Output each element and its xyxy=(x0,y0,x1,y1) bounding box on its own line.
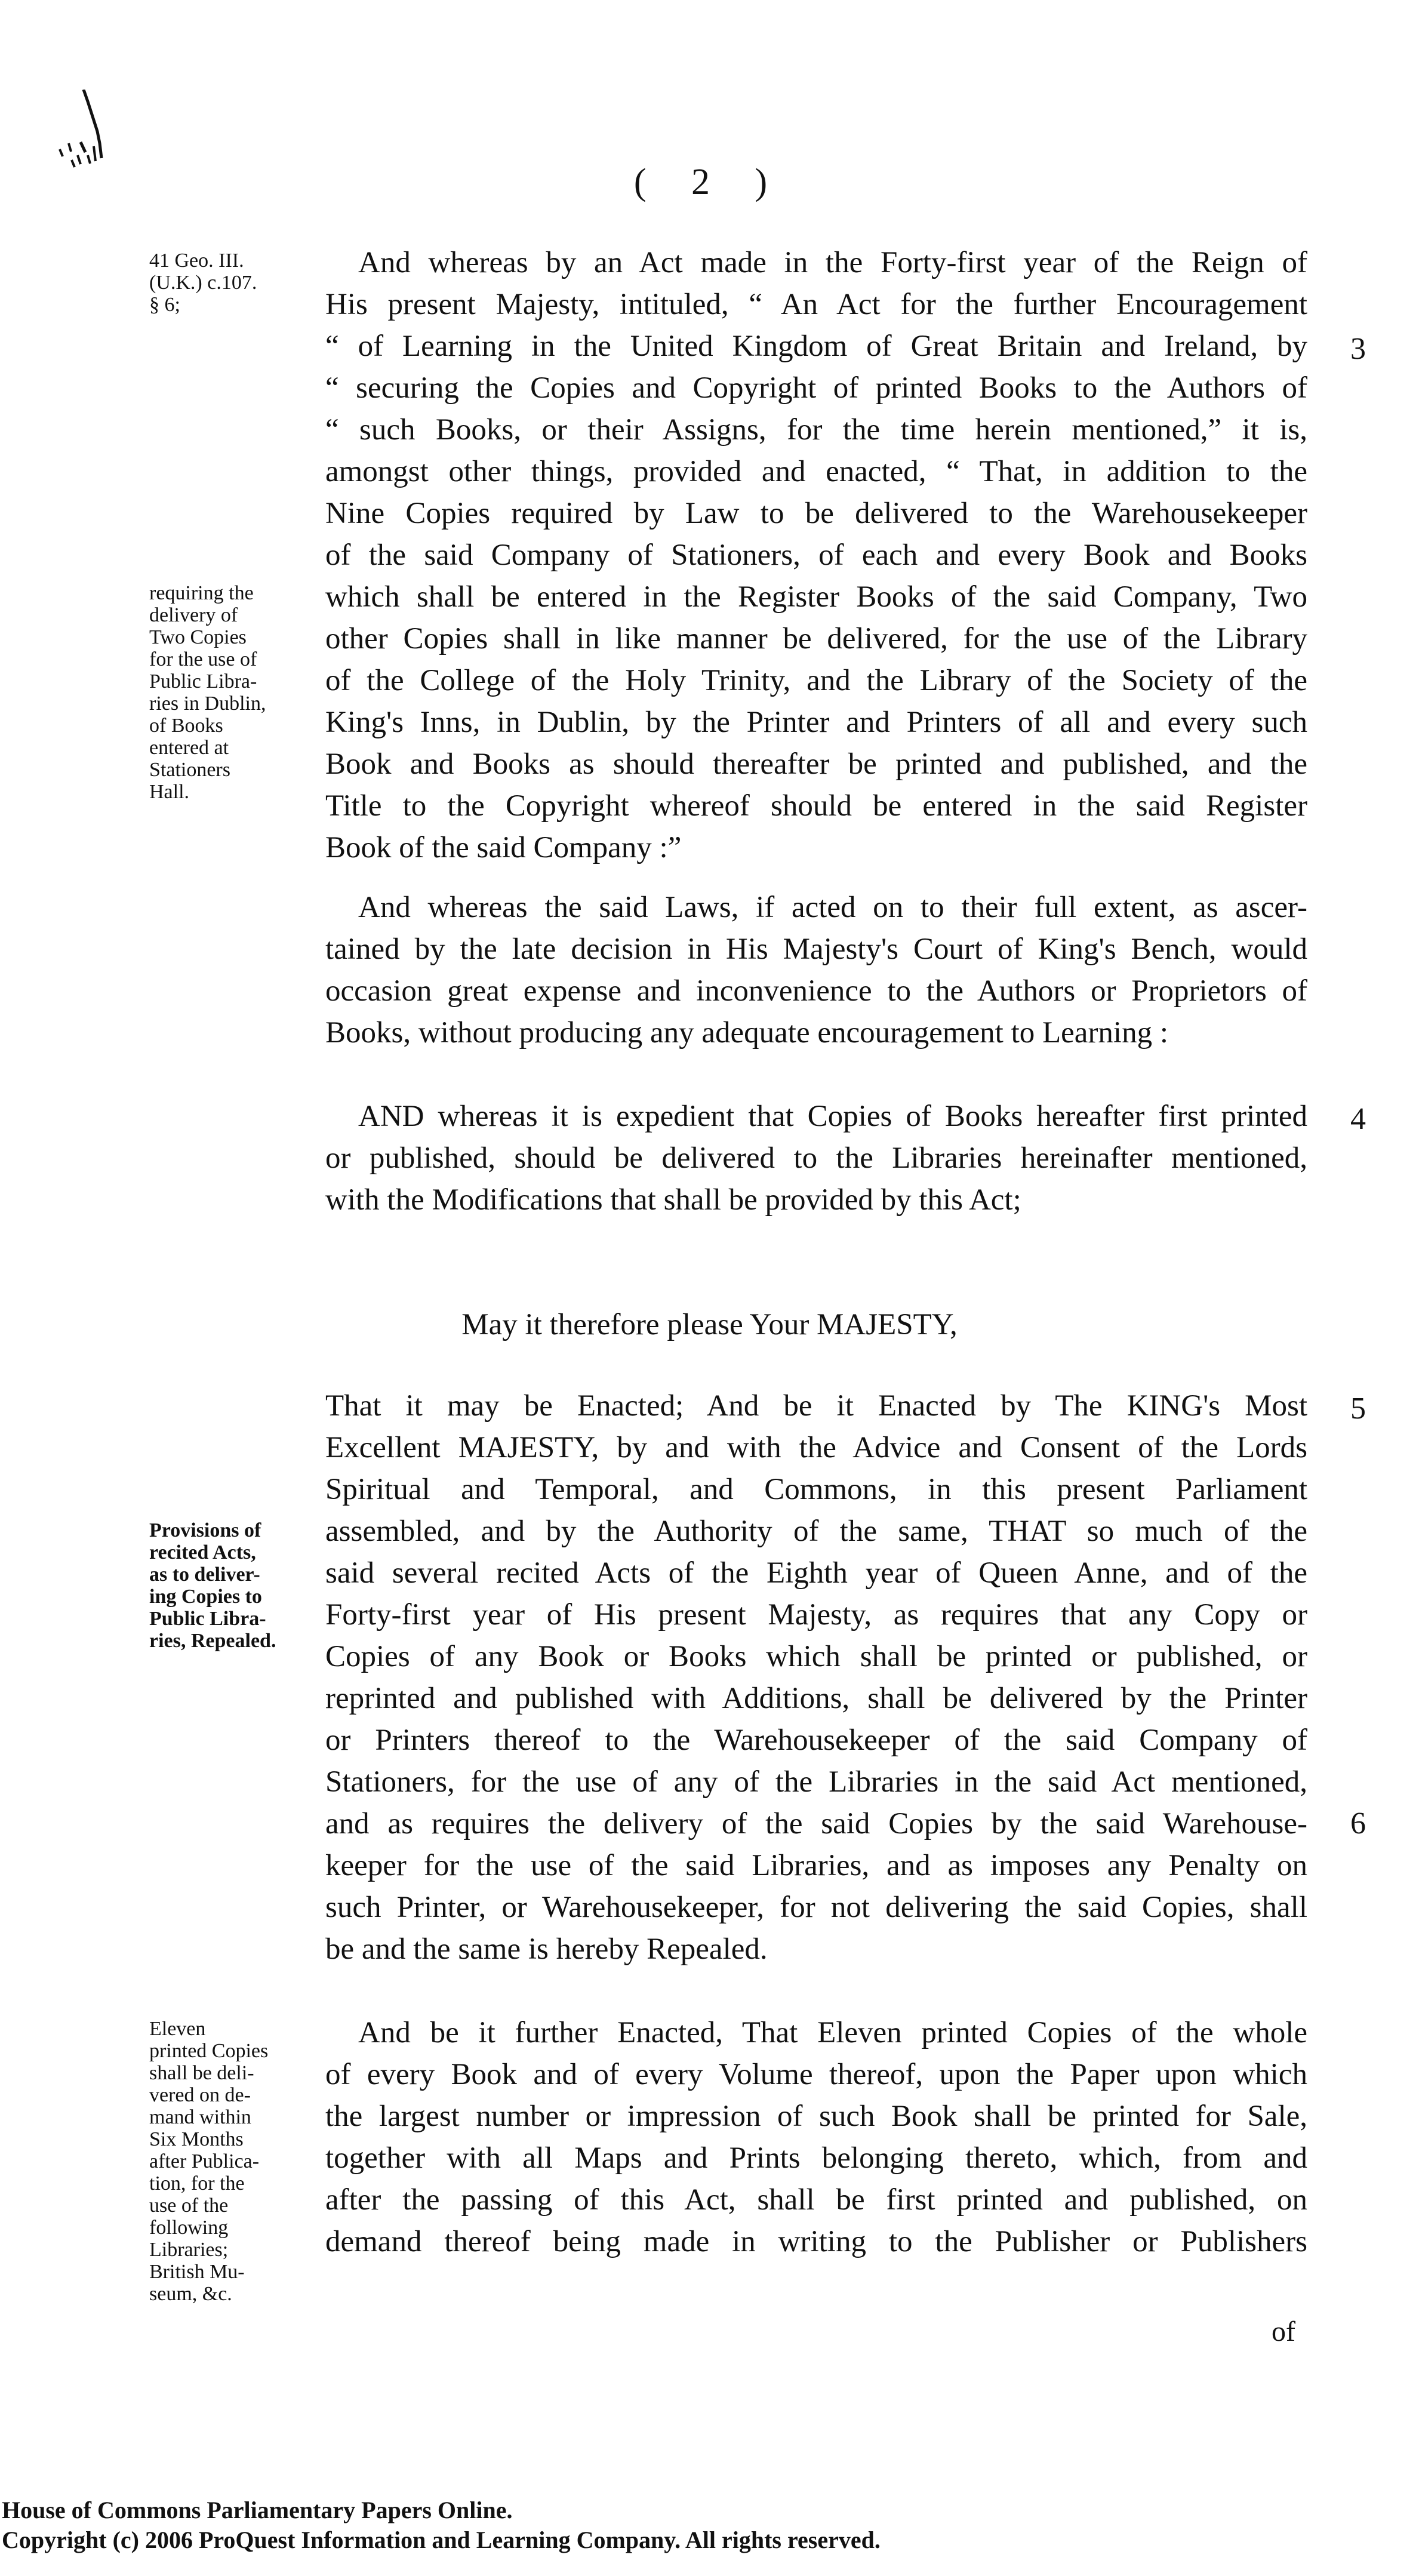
margin-note-line: Hall. xyxy=(149,781,313,803)
text-line: Excellent MAJESTY, by and with the Advic… xyxy=(325,1427,1307,1469)
text-line: be and the same is hereby Repealed. xyxy=(325,1928,1307,1970)
margin-note-line: ing Copies to xyxy=(149,1586,313,1608)
text-line: other Copies shall in like manner be del… xyxy=(325,618,1307,660)
margin-note-line: British Mu- xyxy=(149,2261,313,2283)
text-line: King's Inns, in Dublin, by the Printer a… xyxy=(325,701,1307,743)
text-line: Book of the said Company :” xyxy=(325,827,1307,869)
line-number: 6 xyxy=(1350,1806,1366,1841)
margin-note-line: 41 Geo. III. xyxy=(149,250,313,272)
text-line: assembled, and by the Authority of the s… xyxy=(325,1510,1307,1552)
margin-note-line: use of the xyxy=(149,2195,313,2217)
text-line: And be it further Enacted, That Eleven p… xyxy=(325,2012,1307,2054)
margin-note-line: § 6; xyxy=(149,294,313,316)
text-line: keeper for the use of the said Libraries… xyxy=(325,1845,1307,1886)
footer-source: House of Commons Parliamentary Papers On… xyxy=(2,2495,881,2525)
text-line: “ of Learning in the United Kingdom of G… xyxy=(325,325,1307,367)
margin-note-line: (U.K.) c.107. xyxy=(149,272,313,294)
margin-note-line: vered on de- xyxy=(149,2084,313,2106)
margin-note-line: requiring the xyxy=(149,582,313,604)
copyright-footer: House of Commons Parliamentary Papers On… xyxy=(2,2495,881,2555)
line-number: 4 xyxy=(1350,1101,1366,1137)
text-line: demand thereof being made in writing to … xyxy=(325,2221,1307,2263)
text-line: said several recited Acts of the Eighth … xyxy=(325,1552,1307,1594)
text-line: of every Book and of every Volume thereo… xyxy=(325,2054,1307,2095)
text-line: Book and Books as should thereafter be p… xyxy=(325,743,1307,785)
address-to-majesty: May it therefore please Your MAJESTY, xyxy=(0,1307,1419,1342)
text-line: That it may be Enacted; And be it Enacte… xyxy=(325,1385,1307,1427)
margin-note-line: recited Acts, xyxy=(149,1541,313,1564)
text-line: And whereas by an Act made in the Forty-… xyxy=(325,242,1307,284)
catchword: of xyxy=(1272,2315,1295,2348)
text-line: amongst other things, provided and enact… xyxy=(325,451,1307,493)
margin-note-line: Public Libra- xyxy=(149,1608,313,1630)
text-line: of the College of the Holy Trinity, and … xyxy=(325,660,1307,701)
margin-note-eleven-copies: Eleven printed Copies shall be deli- ver… xyxy=(149,2018,313,2305)
paragraph-enacting-repeal: That it may be Enacted; And be it Enacte… xyxy=(325,1385,1307,1970)
paragraph-whereas-laws: And whereas the said Laws, if acted on t… xyxy=(325,887,1307,1054)
margin-note-line: Stationers xyxy=(149,759,313,781)
paragraph-recital-41-geo-iii: And whereas by an Act made in the Forty-… xyxy=(325,242,1307,869)
margin-note-line: seum, &c. xyxy=(149,2283,313,2305)
margin-note-line: Libraries; xyxy=(149,2239,313,2261)
text-line: occasion great expense and inconvenience… xyxy=(325,970,1307,1012)
margin-note-line: Eleven xyxy=(149,2018,313,2040)
margin-note-line: ries in Dublin, xyxy=(149,693,313,715)
margin-note-line: Provisions of xyxy=(149,1519,313,1541)
text-line: which shall be entered in the Register B… xyxy=(325,576,1307,618)
text-line: such Printer, or Warehousekeeper, for no… xyxy=(325,1886,1307,1928)
margin-note-line: mand within xyxy=(149,2106,313,2128)
text-line: His present Majesty, intituled, “ An Act… xyxy=(325,284,1307,325)
paragraph-eleven-copies: And be it further Enacted, That Eleven p… xyxy=(325,2012,1307,2263)
margin-note-provisions-repealed: Provisions of recited Acts, as to delive… xyxy=(149,1519,313,1652)
text-line: tained by the late decision in His Majes… xyxy=(325,928,1307,970)
text-line: And whereas the said Laws, if acted on t… xyxy=(325,887,1307,928)
page-number: ( 2 ) xyxy=(0,161,1419,204)
text-line: or Printers thereof to the Warehousekeep… xyxy=(325,1719,1307,1761)
text-line: “ such Books, or their Assigns, for the … xyxy=(325,409,1307,451)
margin-note-line: tion, for the xyxy=(149,2172,313,2195)
text-line: Spiritual and Temporal, and Commons, in … xyxy=(325,1469,1307,1510)
margin-note-line: printed Copies xyxy=(149,2040,313,2062)
text-line: Books, without producing any adequate en… xyxy=(325,1012,1307,1054)
margin-note-line: Two Copies xyxy=(149,626,313,648)
margin-note-line: Public Libra- xyxy=(149,670,313,693)
margin-note-line: for the use of xyxy=(149,648,313,670)
margin-note-requiring-delivery: requiring the delivery of Two Copies for… xyxy=(149,582,313,803)
text-line: or published, should be delivered to the… xyxy=(325,1137,1307,1179)
line-number: 5 xyxy=(1350,1391,1366,1426)
margin-note-line: delivery of xyxy=(149,604,313,626)
text-line: with the Modifications that shall be pro… xyxy=(325,1179,1307,1221)
margin-note-line: following xyxy=(149,2217,313,2239)
text-line: “ securing the Copies and Copyright of p… xyxy=(325,367,1307,409)
footer-copyright: Copyright (c) 2006 ProQuest Information … xyxy=(2,2525,881,2555)
margin-note-line: of Books xyxy=(149,715,313,737)
margin-note-line: as to deliver- xyxy=(149,1564,313,1586)
text-line: Stationers, for the use of any of the Li… xyxy=(325,1761,1307,1803)
line-number: 3 xyxy=(1350,331,1366,367)
text-line: Forty-first year of His present Majesty,… xyxy=(325,1594,1307,1636)
margin-note-line: entered at xyxy=(149,737,313,759)
text-line: together with all Maps and Prints belong… xyxy=(325,2137,1307,2179)
margin-note-line: after Publica- xyxy=(149,2150,313,2172)
text-line: AND whereas it is expedient that Copies … xyxy=(325,1095,1307,1137)
text-line: and as requires the delivery of the said… xyxy=(325,1803,1307,1845)
margin-note-line: shall be deli- xyxy=(149,2062,313,2084)
text-line: reprinted and published with Additions, … xyxy=(325,1678,1307,1719)
margin-note-line: Six Months xyxy=(149,2128,313,2150)
text-line: the largest number or impression of such… xyxy=(325,2095,1307,2137)
text-line: after the passing of this Act, shall be … xyxy=(325,2179,1307,2221)
margin-note-line: ries, Repealed. xyxy=(149,1630,313,1652)
text-line: Nine Copies required by Law to be delive… xyxy=(325,493,1307,534)
text-line: Title to the Copyright whereof should be… xyxy=(325,785,1307,827)
text-line: of the said Company of Stationers, of ea… xyxy=(325,534,1307,576)
text-line: Copies of any Book or Books which shall … xyxy=(325,1636,1307,1678)
paragraph-whereas-expedient: AND whereas it is expedient that Copies … xyxy=(325,1095,1307,1221)
margin-note-statute-reference: 41 Geo. III. (U.K.) c.107. § 6; xyxy=(149,250,313,316)
